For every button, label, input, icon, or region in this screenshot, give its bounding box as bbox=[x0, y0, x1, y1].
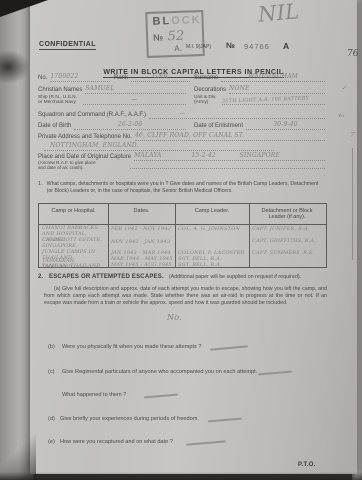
question-2c-label: (c) bbox=[48, 369, 55, 375]
stamp-word-block: BLOCK bbox=[152, 14, 201, 28]
capture-sub-label: (Aircrew R.A.F. to give place and date o… bbox=[38, 160, 96, 170]
decorations-value: NONE bbox=[229, 85, 250, 92]
dates-cell: NOV 1942 - JAN 1943 bbox=[111, 239, 170, 245]
question-2-title: ESCAPES OR ATTEMPTED ESCAPES. bbox=[49, 274, 164, 280]
surname-value: WADDINGHAM bbox=[248, 73, 298, 80]
date-of-enlistment-value: 30-9-40 bbox=[273, 121, 298, 128]
pencil-dash bbox=[144, 394, 178, 399]
dates-cell: MAY 1945 - AUG 1945 bbox=[111, 262, 172, 268]
question-2d-text: Give briefly your experiences during per… bbox=[60, 416, 199, 422]
question-2a-label: (a) bbox=[54, 286, 60, 292]
question-2c-text: Give Regimental particulars of anyone wh… bbox=[62, 369, 257, 375]
serial-suffix: A bbox=[283, 41, 289, 51]
question-2e-label: (e) bbox=[48, 439, 55, 445]
capture-place-value: MALAYA bbox=[134, 152, 162, 159]
col-header-dates: Dates. bbox=[108, 204, 175, 224]
photo-smudge bbox=[0, 50, 30, 84]
col-header-camp: Camp or Hospital. bbox=[39, 204, 108, 224]
pow-questionnaire-form: BLOCK № 52 A. NIL CONFIDENTIAL M.I. 9(JA… bbox=[30, 0, 357, 474]
address-value-line2: NOTTINGHAM, ENGLAND. bbox=[50, 142, 139, 149]
field-date-of-birth: Date of Birth 26-2-06 bbox=[38, 121, 186, 130]
camps-table-body: CHANGI BARRACKS AND HOSPITAL, CHANGI FEB… bbox=[39, 224, 326, 267]
form-reference: M.I. 9(JAP) bbox=[186, 44, 211, 50]
field-squadron: Squadron and Command (R.A.F., A.A.F.) — bbox=[38, 110, 325, 119]
service-no-value: 1700022 bbox=[50, 73, 78, 80]
dates-cell: FEB 1942 - NOV 1942 bbox=[111, 226, 171, 232]
question-1-number: 1. bbox=[38, 181, 43, 194]
leader-cell: SGT. BELL, R.A. bbox=[178, 262, 222, 268]
margin-check-mark: ✓ bbox=[341, 84, 347, 92]
field-surname: Surname WADDINGHAM bbox=[194, 73, 325, 82]
confidential-marking: CONFIDENTIAL bbox=[39, 41, 96, 50]
christian-names-value: SAMUEL bbox=[85, 85, 114, 92]
question-2-note: (Additional paper will be supplied on re… bbox=[169, 274, 301, 280]
question-2a: (a) Give full description and approx. da… bbox=[44, 286, 327, 307]
col-header-camp-leader: Camp Leader. bbox=[175, 204, 249, 224]
question-2d-label: (d) bbox=[48, 416, 55, 422]
field-ship: Ship (R.N., U.S.N. or Merchant Navy — bbox=[38, 95, 186, 105]
ship-value: — bbox=[131, 96, 137, 103]
field-decorations: Decorations NONE bbox=[194, 85, 325, 94]
margin-note-4a: 4a bbox=[338, 113, 344, 119]
question-2e-text: How were you recaptured and on what date… bbox=[60, 439, 173, 445]
pencil-dash bbox=[210, 345, 248, 350]
field-service-no: No. 1700022 bbox=[38, 73, 110, 82]
handwritten-nil-note: NIL bbox=[257, 0, 300, 27]
field-address: Private Address and Telephone No. 46, CL… bbox=[38, 132, 325, 141]
squadron-value: — bbox=[179, 110, 185, 117]
block-number-stamp: BLOCK № 52 A. bbox=[145, 10, 205, 58]
question-2-heading: 2. ESCAPES OR ATTEMPTED ESCAPES. (Additi… bbox=[38, 274, 301, 280]
pencil-dash bbox=[208, 418, 242, 423]
camp-cell: CALDECOTT ESTATE, SINGAPORE. bbox=[42, 237, 106, 249]
serial-number: 94766 bbox=[244, 42, 270, 51]
leader-cell: COL. A. G. JOHNSTON bbox=[178, 226, 240, 232]
block-leader-cell: CAPT. SUMMERS, R.E. bbox=[252, 250, 315, 256]
paper-crease bbox=[352, 148, 353, 260]
camps-table-header: Camp or Hospital. Dates. Camp Leader. De… bbox=[39, 204, 326, 225]
address-value-line1: 46, CLIFF ROAD, OFF CANAL ST. bbox=[135, 132, 244, 139]
pto-footer: P.T.O. bbox=[298, 462, 316, 468]
question-1: 1. What camps, detachments or hospitals … bbox=[38, 181, 318, 194]
capture-extra-line bbox=[130, 168, 325, 169]
col-header-block-leader: Detachment or Block Leader (if any). bbox=[249, 204, 325, 224]
field-christian-names: Christian Names SAMUEL bbox=[38, 85, 186, 94]
handwritten-answer-no: No. bbox=[167, 313, 182, 322]
question-2b-label: (b) bbox=[48, 344, 55, 350]
pencil-dash bbox=[258, 371, 292, 376]
rank-value: GNR bbox=[153, 73, 168, 80]
camps-table: Camp or Hospital. Dates. Camp Leader. De… bbox=[38, 203, 327, 268]
unit-value: 35TH LIGHT A.A. 166 BATTERY bbox=[222, 96, 309, 106]
camp-cell: TAMUAN, THAILAND bbox=[42, 263, 106, 269]
question-2b-text: Were you physically fit when you made th… bbox=[62, 344, 202, 350]
field-rank: Rank GNR bbox=[114, 73, 190, 82]
question-2-number: 2. bbox=[38, 274, 43, 280]
pencil-dash bbox=[186, 440, 226, 445]
question-2c-followup: What happened to them ? bbox=[62, 392, 126, 398]
underlying-page-number: 76 bbox=[347, 49, 358, 59]
block-leader-cell: CAPT. JUNIPER, R.A. bbox=[252, 226, 309, 232]
capture-date-value: 15-2-42 bbox=[191, 152, 216, 159]
field-address-line2: NOTTINGHAM, ENGLAND. bbox=[44, 142, 274, 151]
document-photo: BLOCK № 52 A. NIL CONFIDENTIAL M.I. 9(JA… bbox=[0, 0, 362, 480]
number-sign: № bbox=[226, 41, 235, 50]
date-of-birth-value: 26-2-06 bbox=[118, 121, 143, 128]
block-leader-cell: CAPT. GRIFFITHS, R.A. bbox=[252, 238, 316, 244]
capture-note-value: SINGAPORE bbox=[240, 152, 281, 159]
field-unit: Unit & Div. (Army) 35TH LIGHT A.A. 166 B… bbox=[194, 95, 325, 105]
field-date-of-enlistment: Date of Enlistment 30-9-40 bbox=[194, 121, 325, 130]
handwritten-block-number: 52 bbox=[167, 29, 184, 45]
photo-edge-shadow bbox=[0, 472, 362, 480]
